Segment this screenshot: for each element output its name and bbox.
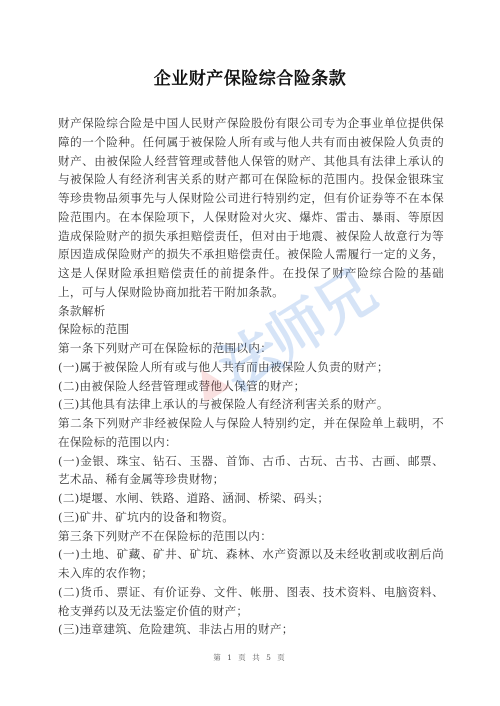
document-page: 企业财产保险综合险条款 财产保险综合险是中国人民财产保险股份有限公司专为企事业单… (0, 0, 500, 706)
intro-paragraph: 财产保险综合险是中国人民财产保险股份有限公司专为企事业单位提供保障的一个险种。任… (58, 114, 444, 302)
article-1: 第一条下列财产可在保险标的范围以内： (58, 339, 444, 358)
page-number: 第 1 页 共 5 页 (0, 652, 500, 663)
section-heading-scope: 保险标的范围 (58, 320, 444, 339)
article-3-item-1: (一)土地、矿藏、矿井、矿坑、森林、水产资源以及未经收割或收割后尚未入库的农作物… (58, 545, 444, 583)
article-2-item-1: (一)金银、珠宝、钻石、玉器、首饰、古币、古玩、古书、古画、邮票、艺术品、稀有金… (58, 452, 444, 490)
article-3-item-3: (三)违章建筑、危险建筑、非法占用的财产； (58, 620, 444, 639)
article-1-item-1: (一)属于被保险人所有或与他人共有而由被保险人负责的财产； (58, 358, 444, 377)
article-1-item-3: (三)其他具有法律上承认的与被保险人有经济利害关系的财产。 (58, 395, 444, 414)
section-heading-analysis: 条款解析 (58, 302, 444, 321)
article-3-item-2: (二)货币、票证、有价证券、文件、帐册、图表、技术资料、电脑资料、枪支弹药以及无… (58, 583, 444, 621)
article-2: 第二条下列财产非经被保险人与保险人特别约定，并在保险单上载明，不在保险标的范围以… (58, 414, 444, 452)
document-body: 财产保险综合险是中国人民财产保险股份有限公司专为企事业单位提供保障的一个险种。任… (58, 114, 444, 639)
document-title: 企业财产保险综合险条款 (0, 68, 500, 90)
article-3: 第三条下列财产不在保险标的范围以内： (58, 527, 444, 546)
article-1-item-2: (二)由被保险人经营管理或替他人保管的财产； (58, 377, 444, 396)
article-2-item-3: (三)矿井、矿坑内的设备和物资。 (58, 508, 444, 527)
article-2-item-2: (二)堤堰、水闸、铁路、道路、涵洞、桥梁、码头； (58, 489, 444, 508)
